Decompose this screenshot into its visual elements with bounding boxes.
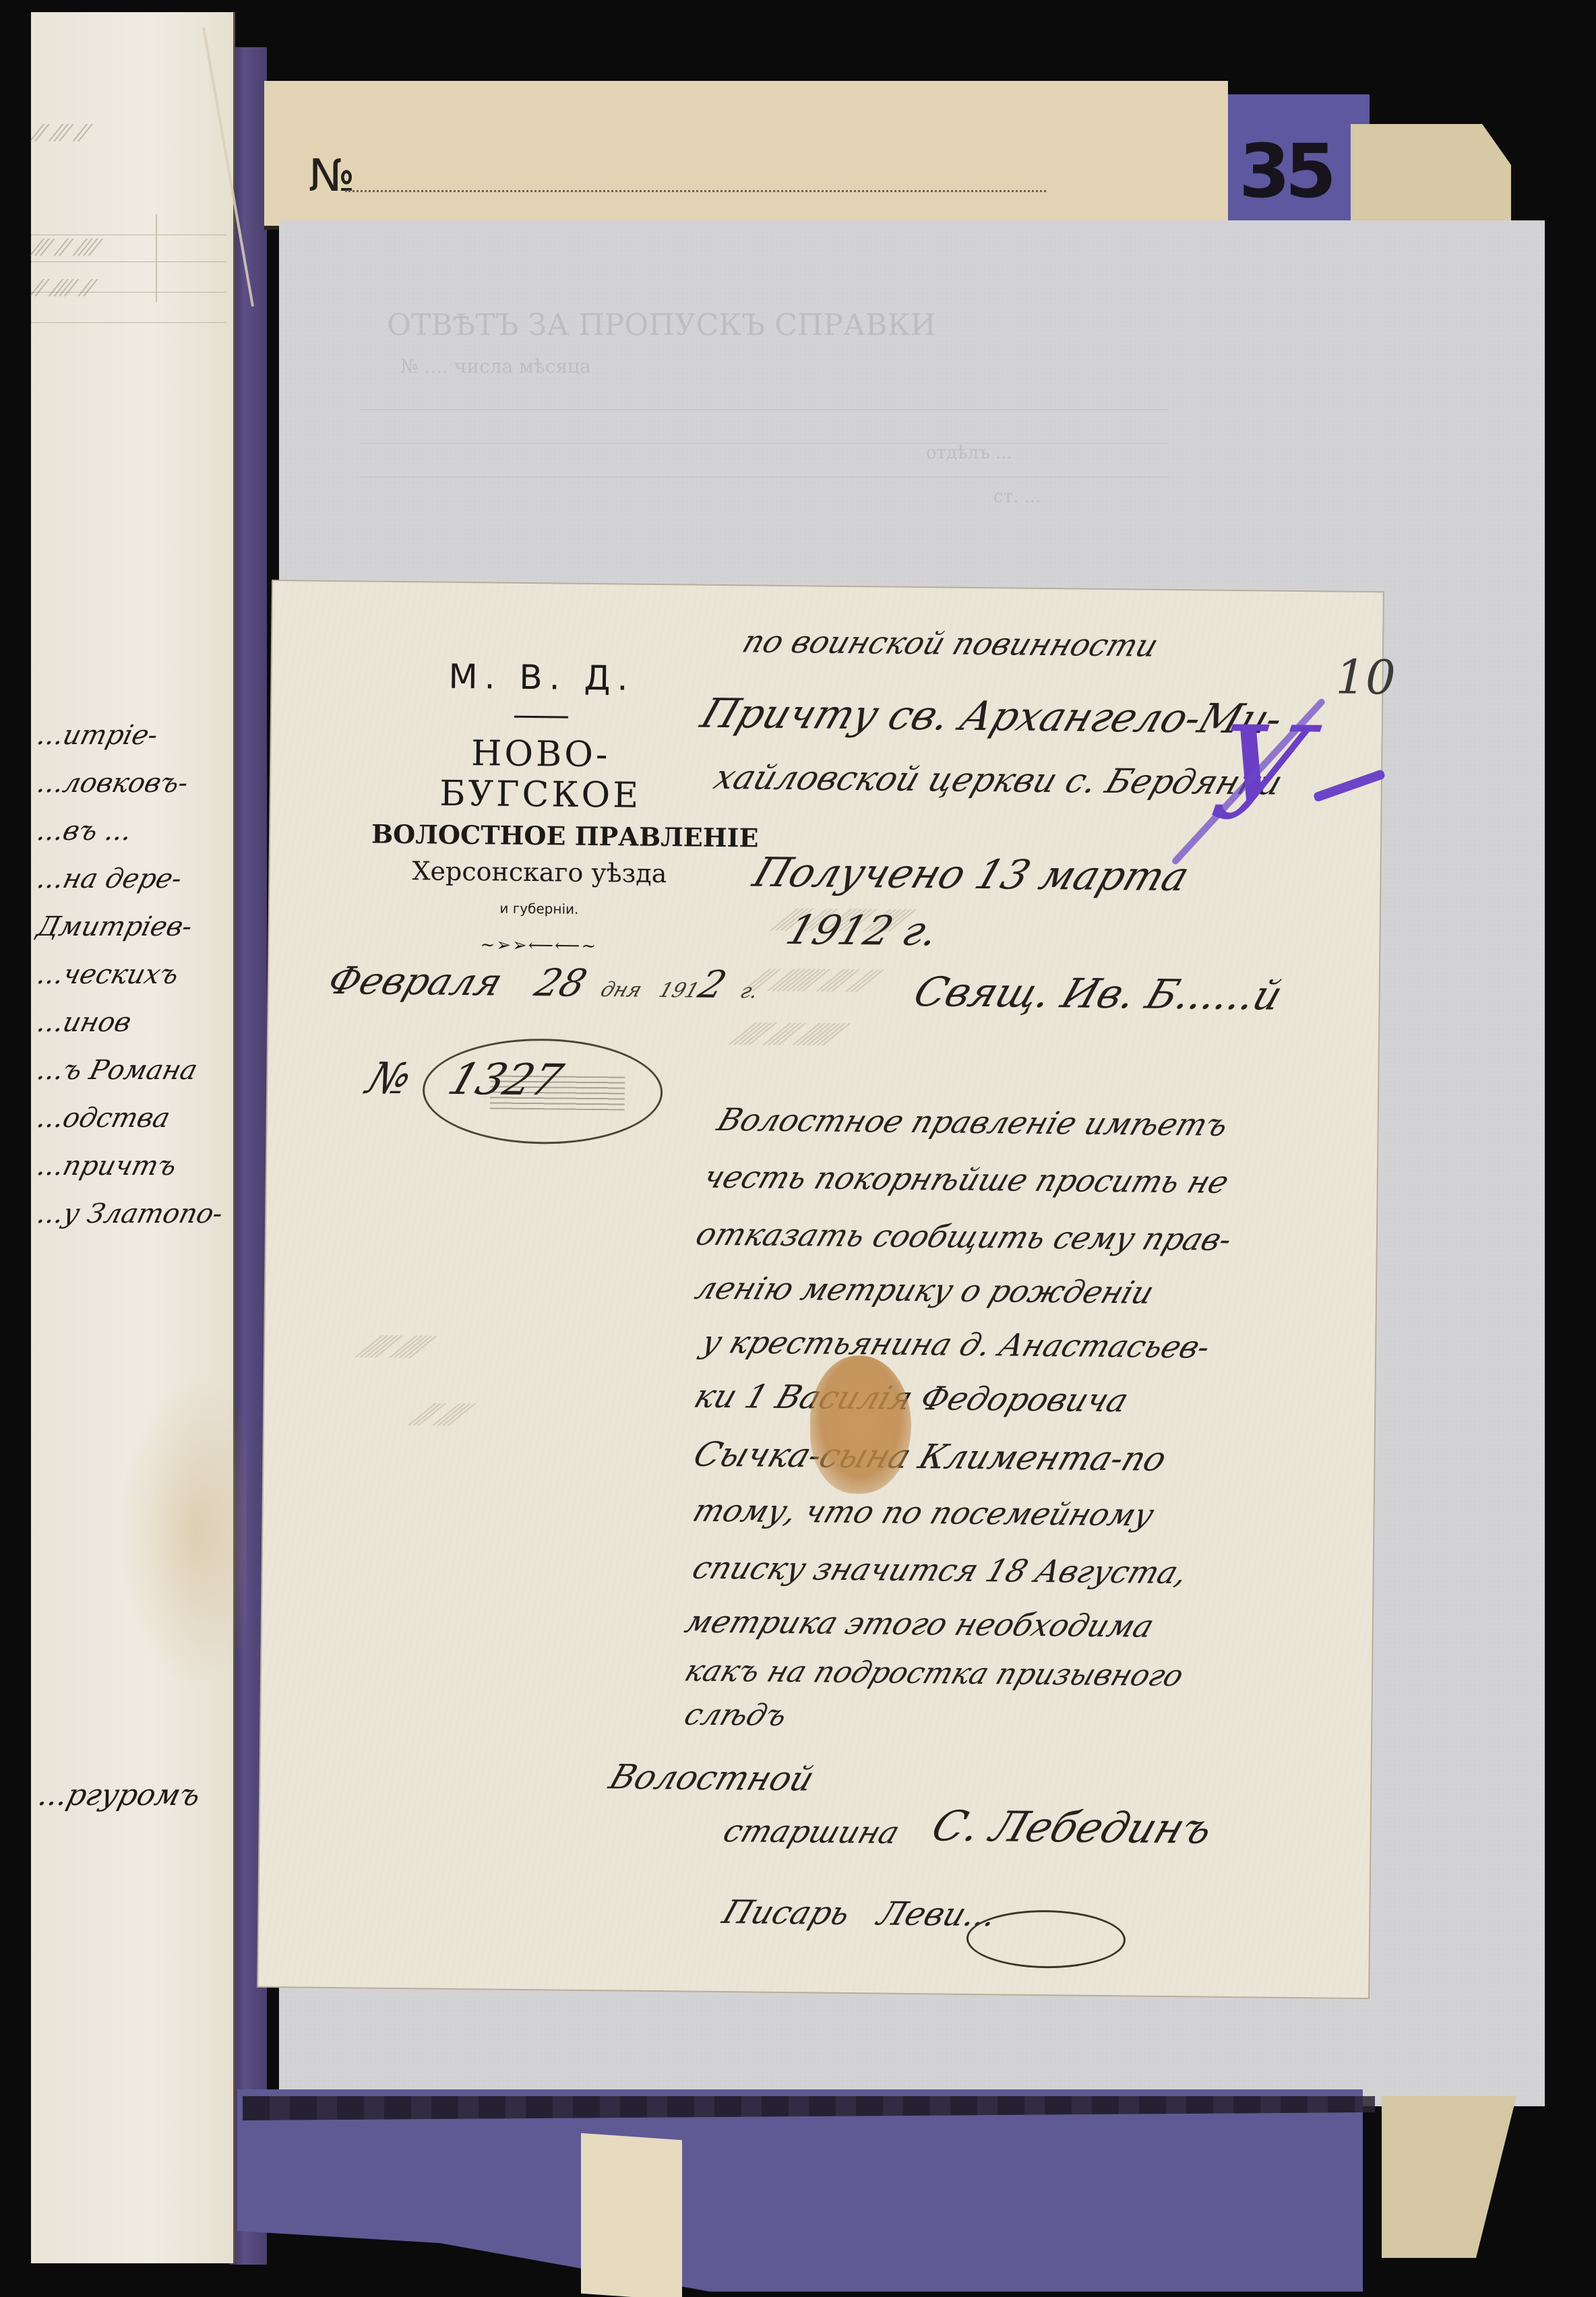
show-through-text: ОТВѢТЪ ЗА ПРОПУСКЪ СПРАВКИ [387, 308, 936, 342]
ledger-rule [31, 262, 226, 262]
volost-letter: ⁄⁄⁄⁄ ⁄⁄⁄ ⁄⁄⁄⁄⁄⁄ ⁄⁄⁄⁄⁄⁄ ⁄⁄⁄ ⁄⁄⁄⁄⁄⁄⁄⁄ ⁄⁄⁄⁄… [258, 581, 1383, 1998]
body-line: отказать сообщить сему прав- [692, 1216, 1237, 1258]
body-line: слѣдъ [680, 1698, 792, 1733]
body-line: честь покорнѣйше просить не [699, 1159, 1234, 1200]
ornament-divider: ~➢➢⟵⟵~ [370, 934, 707, 958]
water-stain [119, 1374, 247, 1690]
receipt-note-line: Получено 13 марта [747, 849, 1195, 900]
date-day-label: дня [598, 978, 645, 1002]
date-month: Февраля [322, 959, 508, 1004]
number-label: № [309, 150, 355, 202]
paper-tab [581, 2133, 682, 2297]
district-name: Херсонскаго уѣзда [371, 856, 708, 889]
show-through-rule [360, 477, 1169, 477]
body-line: ки 1 Василія Федоровича [689, 1378, 1134, 1420]
closing-title-line2: старшина [719, 1812, 904, 1851]
handwriting-line: ...итріе- [25, 712, 239, 760]
folio-number: 10 [1335, 650, 1396, 706]
ledger-column-rule [156, 214, 157, 302]
show-through-text: № .... числа мѣсяца [400, 355, 591, 377]
faded-handwriting: ⁄⁄ ⁄⁄⁄ ⁄⁄ [35, 120, 88, 147]
folded-paper-corner-bottom [1382, 2096, 1516, 2258]
letterhead: М. В. Д. НОВО-БУГСКОЕ ВОЛОСТНОЕ ПРАВЛЕНІ… [370, 656, 710, 958]
letter-date: Февраля 28 дня 1912 г. [322, 959, 767, 1007]
organization-name: НОВО-БУГСКОЕ [371, 733, 709, 817]
receipt-signature: Свящ. Ив. Б......й [908, 969, 1289, 1019]
body-line: тому, что по посемейному [689, 1492, 1159, 1533]
handwriting-line: ...въ ... [25, 807, 239, 855]
body-line: у крестьянина д. Анастасьев- [697, 1324, 1215, 1366]
bleed-through-text: ⁄⁄⁄ ⁄⁄⁄⁄⁄⁄⁄⁄ ⁄⁄⁄⁄ ⁄⁄⁄ [747, 964, 878, 1000]
addressee-line: по воинской повинности [738, 623, 1163, 663]
handwriting-line: ...ческихъ [25, 951, 239, 999]
elder-signature: С. Лебединъ [925, 1801, 1219, 1853]
addressee-line: Причту св. Архангело-Ми- [695, 690, 1289, 743]
handwriting-line: ...ловковъ- [25, 760, 239, 807]
handwriting-line: ...ъ Романа [25, 1047, 239, 1095]
handwriting-line: ...одства [25, 1095, 239, 1142]
faded-handwriting: ⁄⁄ ⁄⁄⁄⁄ ⁄⁄ [35, 275, 94, 302]
show-through-rule [360, 443, 1169, 443]
outgoing-number: № 1327 [361, 1054, 569, 1106]
left-underlying-page: ⁄⁄ ⁄⁄⁄ ⁄⁄ ⁄⁄⁄ ⁄⁄ ⁄⁄⁄⁄ ⁄⁄ ⁄⁄⁄⁄ ⁄⁄ ...итрі… [31, 12, 235, 2263]
handwriting-line: ...на дере- [25, 855, 239, 903]
number-dotted-line [345, 190, 1046, 192]
handwriting-line: Дмитріев- [25, 903, 239, 951]
left-page-handwriting: ...итріе- ...ловковъ- ...въ ... ...на де… [31, 712, 233, 1238]
bleed-through-text: ⁄⁄⁄ ⁄⁄⁄⁄ [412, 1398, 470, 1432]
body-line: метрика этого необходима [681, 1603, 1159, 1645]
ledger-rule [31, 322, 226, 323]
ink-stain [809, 1355, 912, 1494]
body-line: списку значится 18 Августа, [688, 1550, 1193, 1591]
top-form-slip: № [264, 81, 1228, 230]
clerk-label: Писарь [718, 1893, 855, 1932]
body-line: Волостное правленіе имѣетъ [713, 1101, 1233, 1143]
folder-number-mark: 35 [1239, 128, 1331, 214]
handwriting-line: ...причтъ [25, 1142, 239, 1190]
date-day: 28 [529, 961, 592, 1006]
addressee-line: хайловской церкви с. Бердянки [709, 758, 1287, 803]
outgoing-number-label: № [361, 1054, 418, 1104]
body-line: ленію метрику о рожденіи [691, 1270, 1159, 1311]
left-page-signature: ...ргуромъ [35, 1778, 204, 1812]
receipt-note-year: 1912 г. [780, 907, 946, 955]
handwriting-line: ...инов [25, 999, 239, 1047]
organization-type: ВОЛОСТНОЕ ПРАВЛЕНІЕ [371, 819, 708, 853]
ministry-abbreviation: М. В. Д. [373, 656, 710, 699]
province-name: и губерніи. [371, 899, 708, 919]
show-through-text: отдѣлъ ... [926, 443, 1012, 463]
faded-handwriting: ⁄⁄⁄ ⁄⁄ ⁄⁄⁄⁄ [35, 235, 99, 262]
violet-check-hook [1313, 769, 1386, 803]
letterhead-rule [514, 716, 568, 718]
folder-bottom-cover [237, 2089, 1363, 2292]
body-line: Сычка-сына Климента-по [689, 1435, 1172, 1479]
body-line: какъ на подростка призывного [681, 1654, 1188, 1694]
closing-title-line1: Волостной [605, 1757, 820, 1798]
outgoing-number-value: 1327 [442, 1055, 569, 1105]
bleed-through-text: ⁄⁄⁄⁄⁄ ⁄⁄⁄⁄⁄ [359, 1330, 433, 1366]
signature-flourish [966, 1909, 1126, 1969]
show-through-text: ст. ... [993, 487, 1041, 507]
bleed-through-text: ⁄⁄⁄⁄⁄ ⁄⁄⁄⁄ ⁄⁄⁄⁄⁄⁄⁄ [733, 1017, 845, 1052]
handwriting-line: ...у Златопо- [25, 1190, 239, 1238]
show-through-rule [360, 409, 1169, 410]
